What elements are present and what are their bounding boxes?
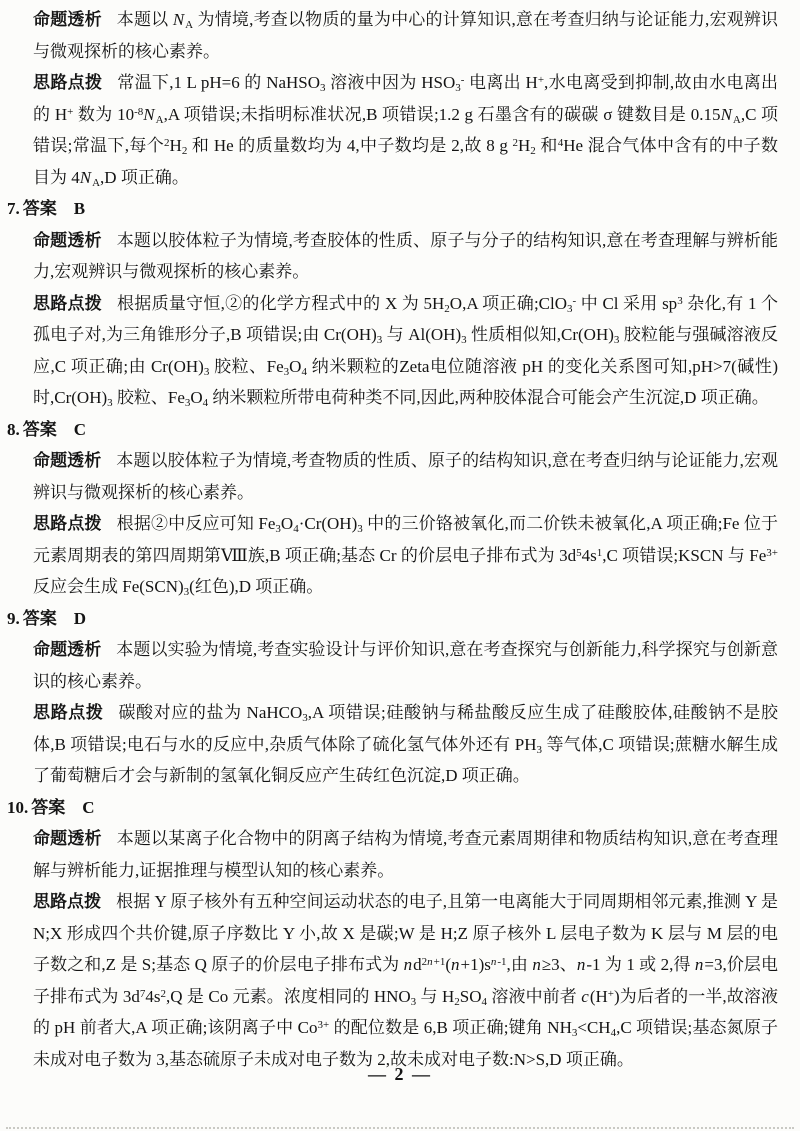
question-number: 10. — [7, 798, 28, 817]
bottom-dotted-rule — [6, 1127, 794, 1129]
paragraph-label: 命题透析 — [33, 829, 102, 848]
answer-label: 答案 — [31, 798, 65, 817]
paragraph-label: 命题透析 — [33, 231, 102, 250]
answer-label: 答案 — [23, 609, 57, 628]
paragraph-text: 本题以胶体粒子为情境,考查胶体的性质、原子与分子的结构知识,意在考查理解与辨析能… — [33, 231, 778, 282]
answer-line: 9.答案D — [7, 603, 778, 635]
question-number: 9. — [7, 609, 20, 628]
analysis-paragraph: 命题透析本题以某离子化合物中的阴离子结构为情境,考查元素周期律和物质结构知识,意… — [33, 823, 778, 886]
paragraph-label: 命题透析 — [33, 10, 102, 29]
hint-paragraph: 思路点拨根据②中反应可知 Fe3O4·Cr(OH)3 中的三价铬被氧化,而二价铁… — [33, 508, 778, 603]
question-number: 8. — [7, 420, 20, 439]
answer-letter: C — [82, 798, 94, 817]
paragraph-label: 思路点拨 — [33, 703, 103, 722]
hint-paragraph: 思路点拨根据质量守恒,②的化学方程式中的 X 为 5H2O,A 项正确;ClO3… — [33, 288, 778, 414]
paragraph-text: 根据质量守恒,②的化学方程式中的 X 为 5H2O,A 项正确;ClO3- 中 … — [33, 294, 778, 408]
answer-label: 答案 — [23, 199, 57, 218]
page-number: — 2 — — [0, 1064, 800, 1085]
paragraph-text: 本题以实验为情境,考查实验设计与评价知识,意在考查探究与创新能力,科学探究与创新… — [33, 640, 778, 691]
hint-paragraph: 思路点拨常温下,1 L pH=6 的 NaHSO3 溶液中因为 HSO3- 电离… — [33, 67, 778, 193]
question-number: 7. — [7, 199, 20, 218]
answer-line: 8.答案C — [7, 414, 778, 446]
hint-paragraph: 思路点拨根据 Y 原子核外有五种空间运动状态的电子,且第一电离能大于同周期相邻元… — [33, 886, 778, 1075]
paragraph-text: 本题以胶体粒子为情境,考查物质的性质、原子的结构知识,意在考查归纳与论证能力,宏… — [33, 451, 778, 502]
paragraph-text: 根据②中反应可知 Fe3O4·Cr(OH)3 中的三价铬被氧化,而二价铁未被氧化… — [33, 514, 778, 596]
paragraph-label: 思路点拨 — [33, 892, 101, 911]
paragraph-label: 命题透析 — [33, 451, 101, 470]
answer-label: 答案 — [23, 420, 57, 439]
analysis-paragraph: 命题透析本题以胶体粒子为情境,考查物质的性质、原子的结构知识,意在考查归纳与论证… — [33, 445, 778, 508]
document-body: 命题透析本题以 NA 为情境,考查以物质的量为中心的计算知识,意在考查归纳与论证… — [33, 4, 778, 1075]
paragraph-label: 思路点拨 — [33, 73, 102, 92]
answer-line: 10.答案C — [7, 792, 778, 824]
paragraph-text: 碳酸对应的盐为 NaHCO3,A 项错误;硅酸钠与稀盐酸反应生成了硅酸胶体,硅酸… — [33, 703, 778, 785]
paragraph-text: 本题以某离子化合物中的阴离子结构为情境,考查元素周期律和物质结构知识,意在考查理… — [33, 829, 778, 880]
analysis-paragraph: 命题透析本题以胶体粒子为情境,考查胶体的性质、原子与分子的结构知识,意在考查理解… — [33, 225, 778, 288]
analysis-paragraph: 命题透析本题以实验为情境,考查实验设计与评价知识,意在考查探究与创新能力,科学探… — [33, 634, 778, 697]
answer-letter: B — [74, 199, 85, 218]
answer-letter: D — [74, 609, 86, 628]
scanned-answer-page: { "page": { "background": "#fcfcfa", "te… — [0, 0, 800, 1131]
answer-letter: C — [74, 420, 86, 439]
paragraph-text: 本题以 NA 为情境,考查以物质的量为中心的计算知识,意在考查归纳与论证能力,宏… — [33, 10, 778, 61]
paragraph-label: 思路点拨 — [33, 514, 102, 533]
hint-paragraph: 思路点拨碳酸对应的盐为 NaHCO3,A 项错误;硅酸钠与稀盐酸反应生成了硅酸胶… — [33, 697, 778, 792]
paragraph-label: 思路点拨 — [33, 294, 102, 313]
paragraph-text: 常温下,1 L pH=6 的 NaHSO3 溶液中因为 HSO3- 电离出 H+… — [33, 73, 778, 187]
analysis-paragraph: 命题透析本题以 NA 为情境,考查以物质的量为中心的计算知识,意在考查归纳与论证… — [33, 4, 778, 67]
paragraph-text: 根据 Y 原子核外有五种空间运动状态的电子,且第一电离能大于同周期相邻元素,推测… — [33, 892, 778, 1069]
paragraph-label: 命题透析 — [33, 640, 101, 659]
answer-line: 7.答案B — [7, 193, 778, 225]
